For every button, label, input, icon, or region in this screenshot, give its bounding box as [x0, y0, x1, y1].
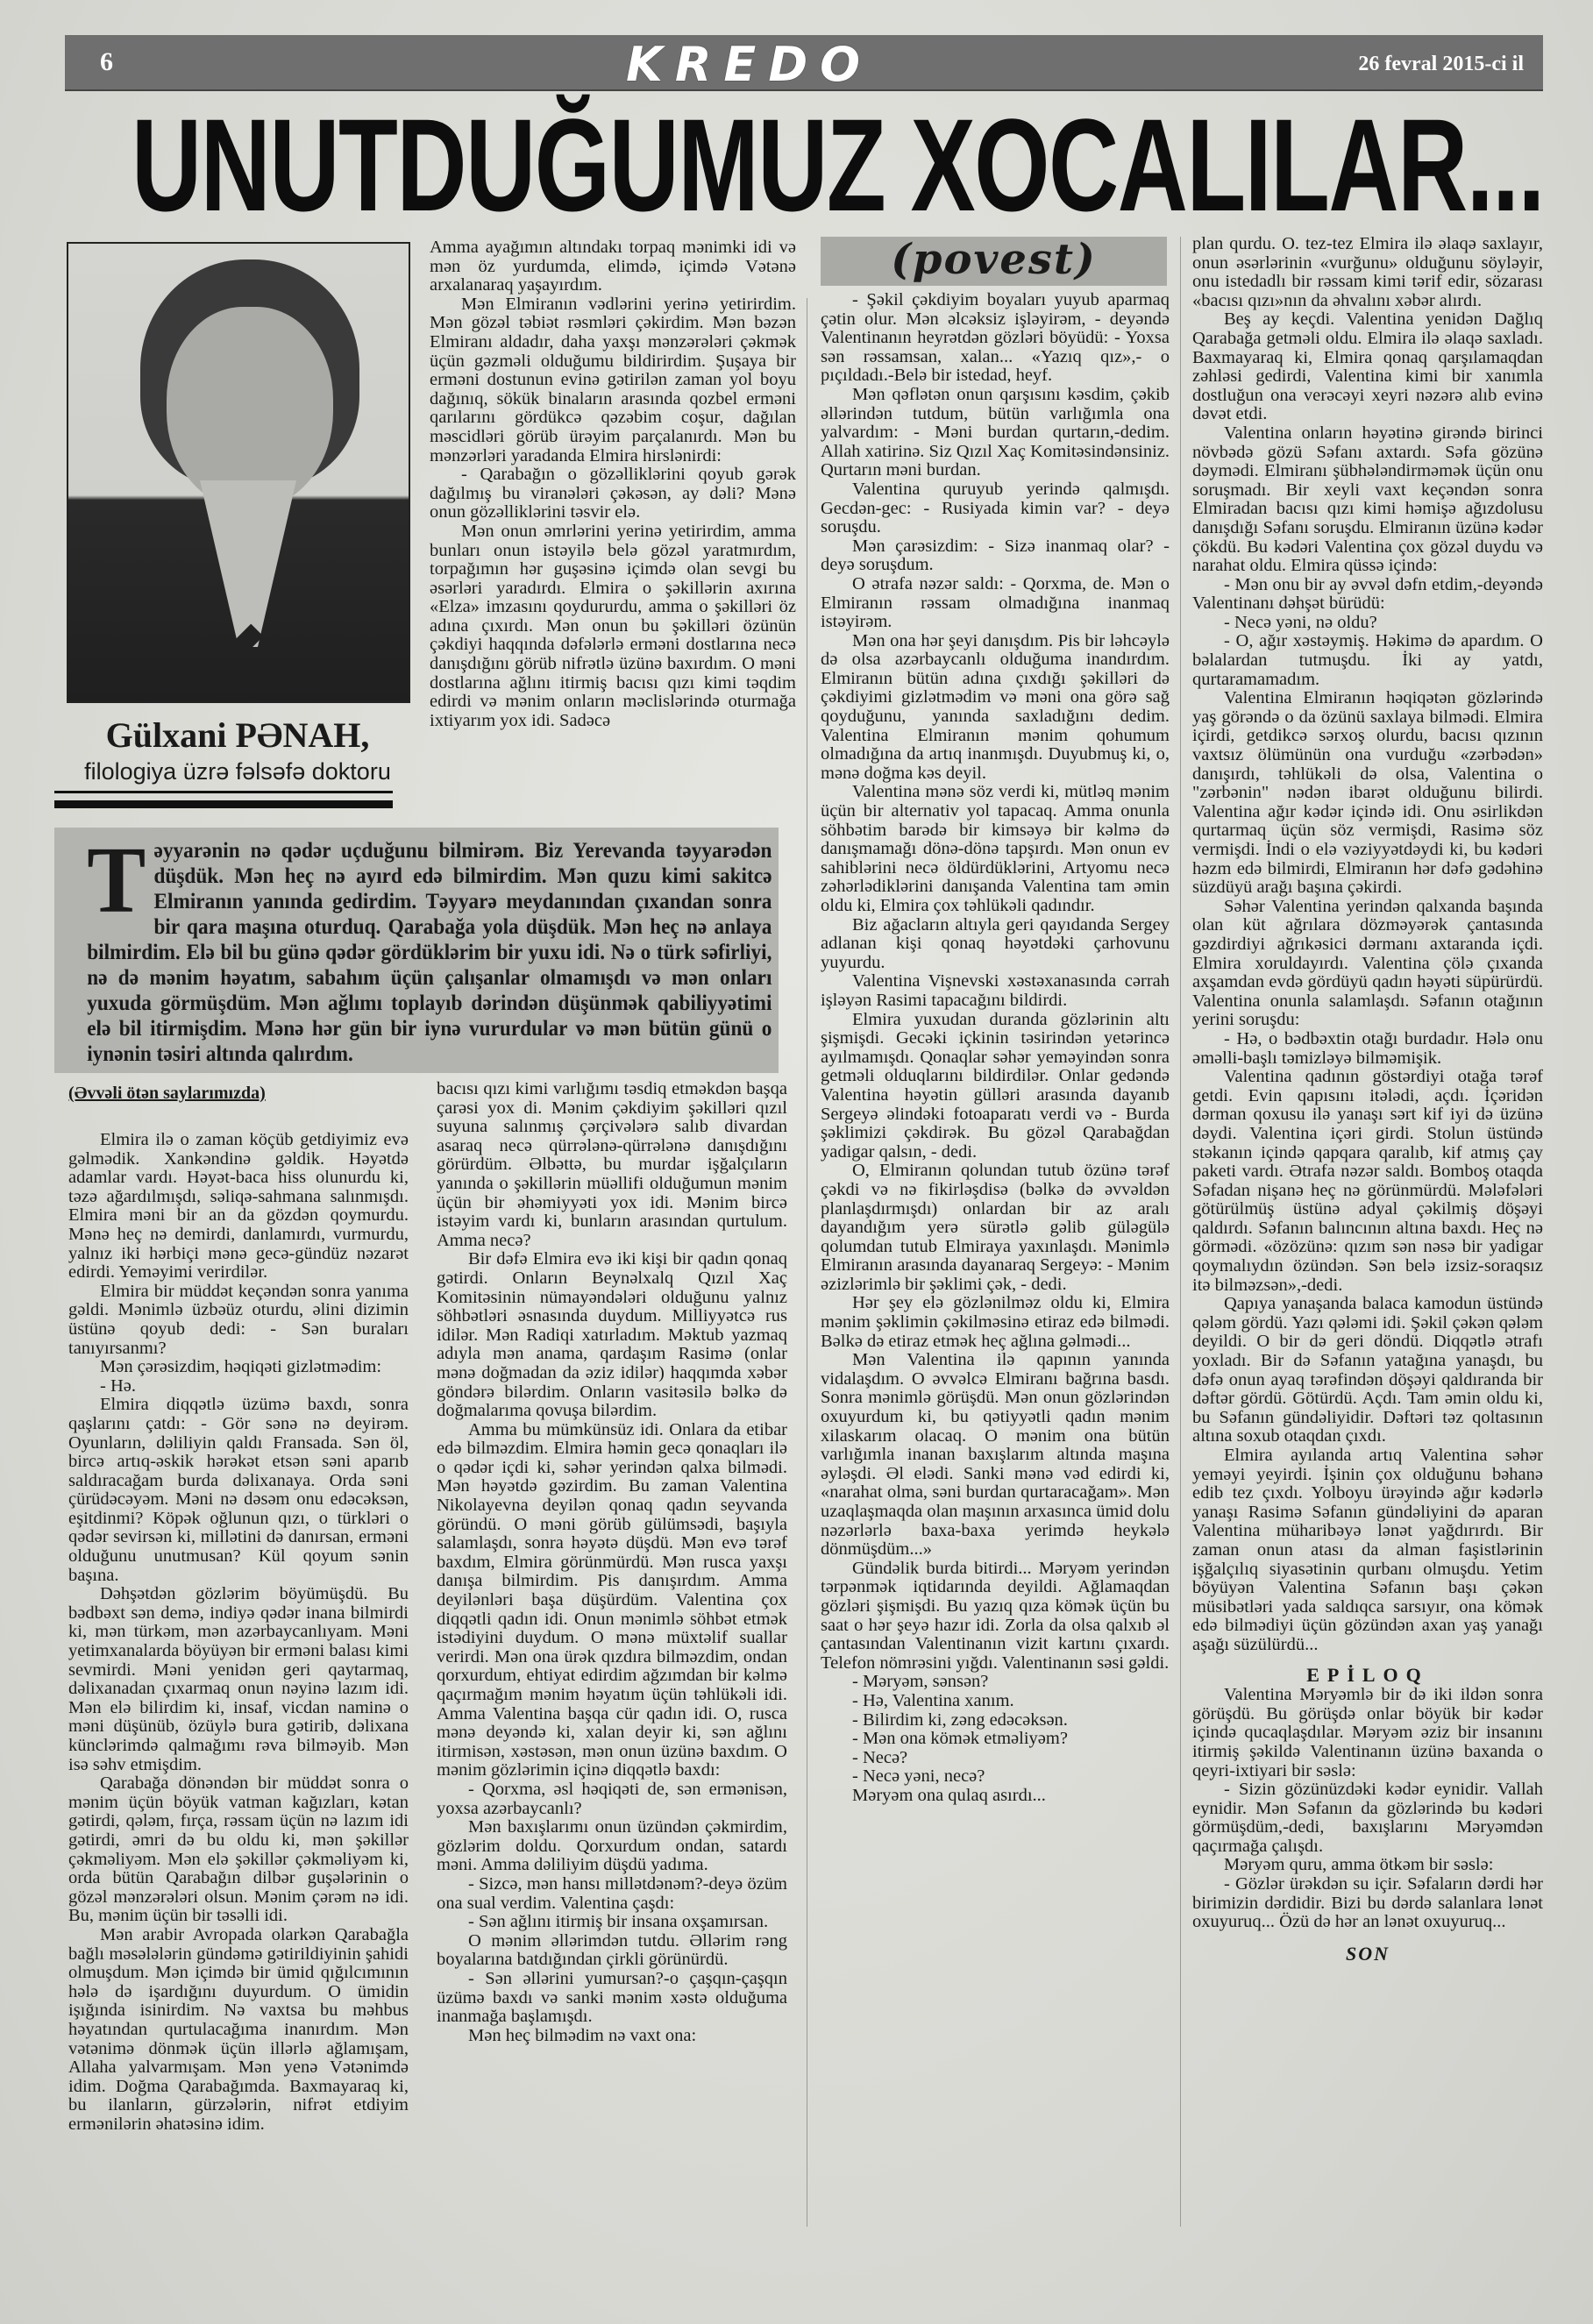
lead-paragraph-box: T əyyarənin nə qədər uçduğunu bilmirəm. …	[54, 828, 779, 1073]
paragraph: - Sizcə, mən hansı millətdənəm?-deyə özü…	[437, 1875, 787, 1913]
epilogue-heading: EPİLOQ	[1192, 1666, 1543, 1685]
paragraph: Mən heç bilmədim nə vaxt ona:	[437, 2027, 787, 2046]
column-bottom-left: Elmira ilə o zaman köçüb getdiyimiz evə …	[68, 1131, 409, 2134]
paragraph: - Hə, Valentina xanım.	[821, 1692, 1170, 1711]
paragraph: Qapıya yanaşanda balaca kamodun üstündə …	[1192, 1295, 1543, 1446]
paragraph: Valentina quruyub yerində qalmışdı. Gecd…	[821, 480, 1170, 537]
paragraph: O, Elmiranın qolundan tutub özünə tərəf …	[821, 1162, 1170, 1294]
paragraph: Elmira bir müddət keçəndən sonra yanıma …	[68, 1283, 409, 1358]
paragraph: Səhər Valentina yerindən qalxanda başınd…	[1192, 898, 1543, 1030]
paragraph: Hər şey elə gözlənilməz oldu ki, Elmira …	[821, 1294, 1170, 1351]
paragraph: Valentina Vişnevski xəstəxanasında cərra…	[821, 972, 1170, 1010]
paragraph: - Hə.	[68, 1377, 409, 1397]
paragraph: - Bilirdim ki, zəng edəcəksən.	[821, 1711, 1170, 1731]
author-title: filologiya üzrə fəlsəfə doktoru	[67, 756, 409, 787]
paragraph: Valentina Elmiranın həqiqətən gözlərində…	[1192, 689, 1543, 898]
paragraph: Valentina mənə söz verdi ki, mütləq məni…	[821, 783, 1170, 915]
paragraph: Gündəlik burda bitirdi... Məryəm yerində…	[821, 1560, 1170, 1674]
paragraph: Mən onun əmrlərini yerinə yetirirdim, am…	[430, 522, 796, 731]
photo-face-shape	[167, 307, 333, 508]
paragraph: Biz ağacların altıyla geri qayıdanda Ser…	[821, 916, 1170, 973]
paragraph: Valentina Məryəmlə bir də iki ildən sonr…	[1192, 1686, 1543, 1780]
paragraph: Elmira diqqətlə üzümə baxdı, sonra qaşla…	[68, 1396, 409, 1585]
paragraph: Məryəm ona qulaq asırdı...	[821, 1787, 1170, 1806]
paragraph: - Qarabağın o gözəlliklərini qoyub gərək…	[430, 466, 796, 522]
paragraph: - Sən ağlını itirmiş bir insana oxşamırs…	[437, 1913, 787, 1932]
paragraph: Məryəm quru, amma ötkəm bir səslə:	[1192, 1856, 1543, 1875]
paragraph: Mən çərəsizdim, həqiqəti gizlətmədim:	[68, 1358, 409, 1377]
paragraph: - Sizin gözünüzdəki kədər eynidir. Valla…	[1192, 1780, 1543, 1856]
paragraph: O ətrafa nəzər saldı: - Qorxma, de. Mən …	[821, 575, 1170, 632]
column-top-middle: Amma ayağımın altındakı torpaq mənimki i…	[430, 238, 796, 730]
paragraph: Amma bu mümkünsüz idi. Onlara da etibar …	[437, 1421, 787, 1780]
paragraph: Mən arabir Avropada olarkən Qarabağla ba…	[68, 1926, 409, 2135]
paragraph: - Şəkil çəkdiyim boyaları yuyub aparmaq …	[821, 291, 1170, 386]
newspaper-brand: KREDO	[626, 37, 872, 92]
paragraph: Dəhşətdən gözlərim böyümüşdü. Bu bədbəxt…	[68, 1585, 409, 1774]
paragraph: Mən ona hər şeyi danışdım. Pis bir ləhcə…	[821, 632, 1170, 784]
paragraph: - Mən onu bir ay əvvəl dəfn etdim,-deyən…	[1192, 576, 1543, 614]
paragraph: Elmira ayılanda artıq Valentina səhər ye…	[1192, 1446, 1543, 1655]
paragraph: - Necə yəni, necə?	[821, 1767, 1170, 1787]
paragraph: plan qurdu. O. tez-tez Elmira ilə əlaqə …	[1192, 235, 1543, 310]
end-mark: SON	[1192, 1944, 1543, 1964]
paragraph: - Hə, o bədbəxtin otağı burdadır. Hələ o…	[1192, 1030, 1543, 1068]
author-photo	[67, 242, 410, 703]
paragraph: Mən qəflətən onun qarşısını kəsdim, çəki…	[821, 386, 1170, 480]
paragraph: Elmira yuxudan duranda gözlərinin altı ş…	[821, 1011, 1170, 1162]
paragraph: Amma ayağımın altındakı torpaq mənimki i…	[430, 238, 796, 295]
paragraph: - Necə yəni, nə oldu?	[1192, 614, 1543, 633]
paragraph: Valentina qadının göstərdiyi otağa tərəf…	[1192, 1068, 1543, 1295]
column-divider	[1180, 237, 1181, 2227]
column-bottom-middle: bacısı qızı kimi varlığımı təsdiq etməkd…	[437, 1080, 787, 2045]
paragraph: - Mən ona kömək etməliyəm?	[821, 1730, 1170, 1749]
column-far-right: plan qurdu. O. tez-tez Elmira ilə əlaqə …	[1192, 235, 1543, 1963]
page-number: 6	[100, 47, 113, 77]
paragraph: O mənim əllərimdən tutdu. Əllərim rəng b…	[437, 1932, 787, 1970]
paragraph: - Necə?	[821, 1749, 1170, 1768]
byline-rule-thick	[54, 800, 393, 808]
paragraph: bacısı qızı kimi varlığımı təsdiq etməkd…	[437, 1080, 787, 1250]
column-divider	[807, 298, 807, 2227]
paragraph: - Gözlər ürəkdən su içir. Səfaların dərd…	[1192, 1875, 1543, 1932]
masthead-bar: 6 KREDO 26 fevral 2015-ci il	[65, 35, 1543, 91]
paragraph: Elmira ilə o zaman köçüb getdiyimiz evə …	[68, 1131, 409, 1283]
paragraph: Valentina onların həyətinə girəndə birin…	[1192, 424, 1543, 576]
genre-label: (povest)	[821, 237, 1167, 286]
paragraph: - Məryəm, sənsən?	[821, 1673, 1170, 1692]
paragraph: - Sən əllərini yumursan?-o çaşqın-çaşqın…	[437, 1970, 787, 2027]
paragraph: Qarabağa dönəndən bir müddət sonra o mən…	[68, 1774, 409, 1926]
paragraph: Mən çarəsizdim: - Sizə inanmaq olar? - d…	[821, 537, 1170, 575]
article-headline: UNUTDUĞUMUZ XOCALILAR...	[132, 103, 1156, 226]
newspaper-page: 6 KREDO 26 fevral 2015-ci il UNUTDUĞUMUZ…	[0, 0, 1593, 2324]
drop-cap: T	[87, 843, 146, 919]
previous-issues-note: (Əvvəli ötən saylarımızda)	[68, 1084, 266, 1104]
paragraph: Beş ay keçdi. Valentina yenidən Dağlıq Q…	[1192, 310, 1543, 424]
column-right-center: - Şəkil çəkdiyim boyaları yuyub aparmaq …	[821, 291, 1170, 1806]
issue-date: 26 fevral 2015-ci il	[1358, 53, 1524, 76]
paragraph: - Qorxma, əsl həqiqəti de, sən ermənisən…	[437, 1780, 787, 1818]
paragraph: Mən baxışlarımı onun üzündən çəkmirdim, …	[437, 1818, 787, 1875]
paragraph: Mən Elmiranın vədlərini yerinə yetirirdi…	[430, 295, 796, 466]
paragraph: Mən Valentina ilə qapının yanında vidala…	[821, 1351, 1170, 1560]
lead-text: əyyarənin nə qədər uçduğunu bilmirəm. Bi…	[87, 839, 772, 1066]
byline-rule-thin	[54, 791, 393, 793]
paragraph: - O, ağır xəstəymiş. Həkimə də apardım. …	[1192, 632, 1543, 689]
photo-neck-shape	[200, 480, 296, 647]
author-name: Gülxani PƏNAH,	[67, 715, 409, 756]
paragraph: Bir dəfə Elmira evə iki kişi bir qadın q…	[437, 1250, 787, 1420]
author-byline: Gülxani PƏNAH, filologiya üzrə fəlsəfə d…	[67, 715, 409, 787]
